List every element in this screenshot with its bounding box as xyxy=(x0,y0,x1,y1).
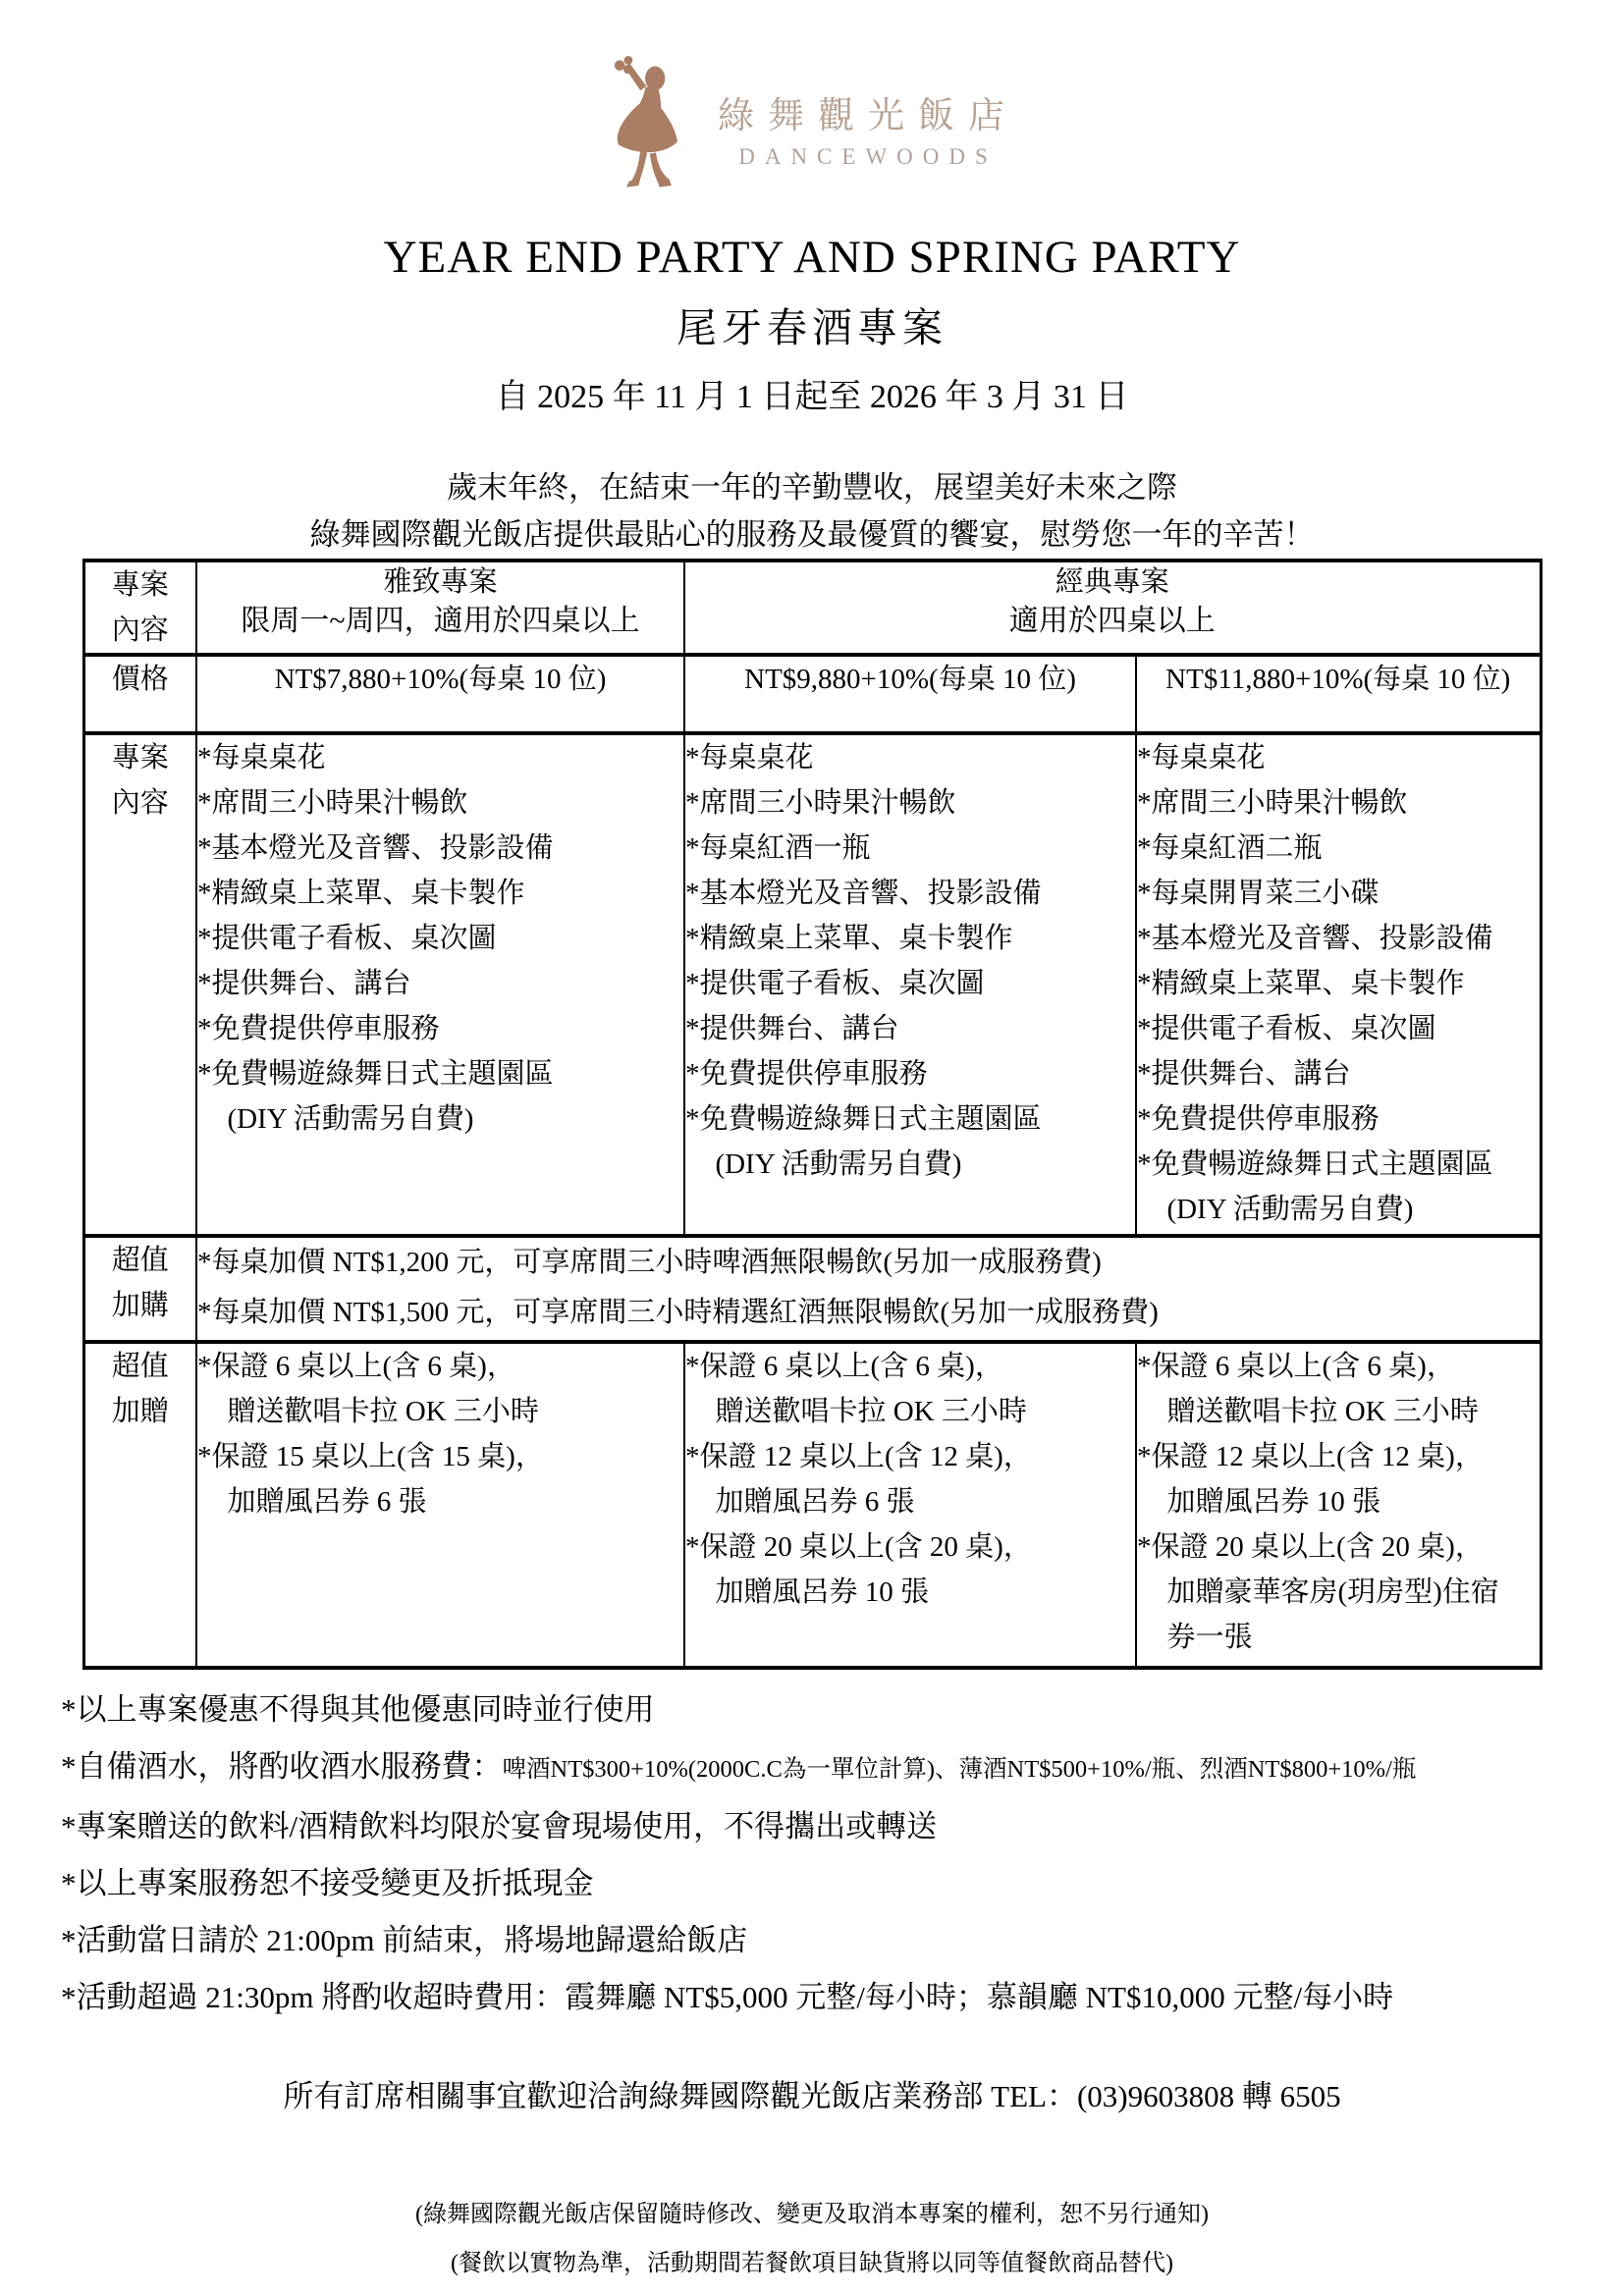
list-line: *提供舞台、講台 xyxy=(685,1006,1135,1051)
hotel-name-en: DANCEWOODS xyxy=(738,144,998,170)
note-text: *活動超過 21:30pm 將酌收超時費用：霞舞廳 NT$5,000 元整/每小… xyxy=(61,1980,1393,2014)
dancer-icon xyxy=(606,54,692,201)
hotel-name-zh: 綠舞觀光飯店 xyxy=(718,85,1018,138)
page-title-en: YEAR END PARTY AND SPRING PARTY xyxy=(0,231,1624,284)
note-text: *自備酒水，將酌收酒水服務費： xyxy=(61,1749,503,1784)
intro-paragraph: 歲末年終，在結束一年的辛勤豐收，展望美好未來之際 綠舞國際觀光飯店提供最貼心的服… xyxy=(0,464,1624,559)
list-line: *基本燈光及音響、投影設備 xyxy=(197,826,683,871)
list-line: (DIY 活動需另自費) xyxy=(685,1142,1135,1187)
list-line: *提供舞台、講台 xyxy=(197,961,683,1006)
list-line: *免費暢遊綠舞日式主題園區 xyxy=(1137,1142,1540,1187)
list-line: *保證 6 桌以上(含 6 桌)， xyxy=(685,1344,1135,1389)
row-label-bonus: 超值 加贈 xyxy=(83,1342,196,1668)
note-line: *以上專案優惠不得與其他優惠同時並行使用 xyxy=(61,1693,1624,1727)
note-small-text: 啤酒NT$300+10%(2000C.C為一單位計算)、薄酒NT$500+10%… xyxy=(503,1756,1417,1783)
list-line: 贈送歡唱卡拉 OK 三小時 xyxy=(685,1389,1135,1434)
list-line: *席間三小時果汁暢飲 xyxy=(685,780,1135,826)
list-line: *免費暢遊綠舞日式主題園區 xyxy=(197,1051,683,1096)
row-label-line: 超值 xyxy=(85,1238,196,1283)
list-line: *每桌紅酒一瓶 xyxy=(685,826,1135,871)
list-line: 贈送歡唱卡拉 OK 三小時 xyxy=(1137,1389,1540,1434)
intro-line-2: 綠舞國際觀光飯店提供最貼心的服務及最優質的饗宴，慰勞您一年的辛苦！ xyxy=(0,511,1624,559)
row-label-price: 價格 xyxy=(83,655,196,733)
row-label-line: 加贈 xyxy=(85,1389,196,1434)
addon-option-beer: *每桌加價 NT$1,200 元，可享席間三小時啤酒無限暢飲(另加一成服務費) xyxy=(197,1238,1540,1288)
hotel-logo: 綠舞觀光飯店 DANCEWOODS xyxy=(0,54,1624,201)
bonus-list-classic-a: *保證 6 桌以上(含 6 桌)，贈送歡唱卡拉 OK 三小時*保證 12 桌以上… xyxy=(684,1342,1136,1668)
list-line: 贈送歡唱卡拉 OK 三小時 xyxy=(197,1389,683,1434)
plan-subtitle: 限周一~周四，適用於四桌以上 xyxy=(197,602,683,641)
disclaimer-line-1: (綠舞國際觀光飯店保留隨時修改、變更及取消本專案的權利，恕不另行通知) xyxy=(0,2190,1624,2239)
list-line: *提供舞台、講台 xyxy=(1137,1051,1540,1096)
note-text: *以上專案優惠不得與其他優惠同時並行使用 xyxy=(61,1692,655,1727)
content-list-classic-a: *每桌桌花*席間三小時果汁暢飲*每桌紅酒一瓶*基本燈光及音響、投影設備*精緻桌上… xyxy=(684,733,1136,1236)
bonus-list-elegant: *保證 6 桌以上(含 6 桌)，贈送歡唱卡拉 OK 三小時*保證 15 桌以上… xyxy=(196,1342,684,1668)
list-line: *基本燈光及音響、投影設備 xyxy=(685,871,1135,916)
list-line: *提供電子看板、桌次圖 xyxy=(197,916,683,961)
content-row: 專案 內容 *每桌桌花*席間三小時果汁暢飲*基本燈光及音響、投影設備*精緻桌上菜… xyxy=(83,733,1541,1236)
plan-header-elegant: 雅致專案 限周一~周四，適用於四桌以上 xyxy=(196,561,684,655)
list-line: *保證 12 桌以上(含 12 桌)， xyxy=(1137,1434,1540,1479)
plan-name: 雅致專案 xyxy=(197,562,683,602)
package-table: 專案 內容 雅致專案 限周一~周四，適用於四桌以上 經典專案 適用於四桌以上 價… xyxy=(82,559,1543,1670)
list-line: *每桌開胃菜三小碟 xyxy=(1137,871,1540,916)
row-label-line: 內容 xyxy=(85,608,196,653)
row-label-plan-content: 專案 內容 xyxy=(83,561,196,655)
list-line: *免費提供停車服務 xyxy=(1137,1096,1540,1142)
row-label-content: 專案 內容 xyxy=(83,733,196,1236)
row-label-line: 內容 xyxy=(85,780,196,826)
note-text: *以上專案服務恕不接受變更及折抵現金 xyxy=(61,1866,594,1900)
list-line: 加贈風呂券 6 張 xyxy=(197,1479,683,1524)
row-label-line: 專案 xyxy=(85,562,196,608)
price-classic-a: NT$9,880+10%(每桌 10 位) xyxy=(684,655,1136,733)
addon-options: *每桌加價 NT$1,200 元，可享席間三小時啤酒無限暢飲(另加一成服務費) … xyxy=(196,1236,1541,1342)
note-line: *專案贈送的飲料/酒精飲料均限於宴會現場使用，不得攜出或轉送 xyxy=(61,1810,1624,1843)
content-list-classic-b: *每桌桌花*席間三小時果汁暢飲*每桌紅酒二瓶*每桌開胃菜三小碟*基本燈光及音響、… xyxy=(1136,733,1541,1236)
bonus-list-classic-b: *保證 6 桌以上(含 6 桌)，贈送歡唱卡拉 OK 三小時*保證 12 桌以上… xyxy=(1136,1342,1541,1668)
list-line: *基本燈光及音響、投影設備 xyxy=(1137,916,1540,961)
content-list-elegant: *每桌桌花*席間三小時果汁暢飲*基本燈光及音響、投影設備*精緻桌上菜單、桌卡製作… xyxy=(196,733,684,1236)
list-line: *精緻桌上菜單、桌卡製作 xyxy=(1137,961,1540,1006)
list-line: (DIY 活動需另自費) xyxy=(1137,1187,1540,1232)
note-line: *活動當日請於 21:00pm 前結束，將場地歸還給飯店 xyxy=(61,1924,1624,1957)
list-line: *提供電子看板、桌次圖 xyxy=(1137,1006,1540,1051)
list-line: *保證 15 桌以上(含 15 桌)， xyxy=(197,1434,683,1479)
list-line: *免費提供停車服務 xyxy=(685,1051,1135,1096)
list-line: *席間三小時果汁暢飲 xyxy=(197,780,683,826)
list-line: *席間三小時果汁暢飲 xyxy=(1137,780,1540,826)
addon-row: 超值 加購 *每桌加價 NT$1,200 元，可享席間三小時啤酒無限暢飲(另加一… xyxy=(83,1236,1541,1342)
price-row: 價格 NT$7,880+10%(每桌 10 位) NT$9,880+10%(每桌… xyxy=(83,655,1541,733)
list-line: *每桌紅酒二瓶 xyxy=(1137,826,1540,871)
logo-text-block: 綠舞觀光飯店 DANCEWOODS xyxy=(718,85,1018,170)
row-label-line: 專案 xyxy=(85,735,196,780)
contact-line: 所有訂席相關事宜歡迎洽詢綠舞國際觀光飯店業務部 TEL：(03)9603808 … xyxy=(0,2071,1624,2115)
list-line: *保證 12 桌以上(含 12 桌)， xyxy=(685,1434,1135,1479)
footnotes: *以上專案優惠不得與其他優惠同時並行使用*自備酒水，將酌收酒水服務費：啤酒NT$… xyxy=(61,1693,1624,2014)
list-line: 加贈風呂券 10 張 xyxy=(1137,1479,1540,1524)
list-line: 加贈風呂券 10 張 xyxy=(685,1570,1135,1615)
note-line: *以上專案服務恕不接受變更及折抵現金 xyxy=(61,1867,1624,1900)
list-line: (DIY 活動需另自費) xyxy=(197,1096,683,1142)
list-line: *精緻桌上菜單、桌卡製作 xyxy=(197,871,683,916)
promo-date-range: 自 2025 年 11 月 1 日起至 2026 年 3 月 31 日 xyxy=(0,369,1624,417)
plan-subtitle: 適用於四桌以上 xyxy=(685,602,1540,641)
addon-option-wine: *每桌加價 NT$1,500 元，可享席間三小時精選紅酒無限暢飲(另加一成服務費… xyxy=(197,1288,1540,1338)
list-line: *每桌桌花 xyxy=(685,735,1135,780)
list-line: 券一張 xyxy=(1137,1615,1540,1660)
list-line: *免費提供停車服務 xyxy=(197,1006,683,1051)
list-line: 加贈豪華客房(玥房型)住宿 xyxy=(1137,1570,1540,1615)
page-title-zh: 尾牙春酒專案 xyxy=(0,295,1624,353)
price-elegant: NT$7,880+10%(每桌 10 位) xyxy=(196,655,684,733)
row-label-line: 加購 xyxy=(85,1283,196,1328)
intro-line-1: 歲末年終，在結束一年的辛勤豐收，展望美好未來之際 xyxy=(0,464,1624,511)
list-line: *提供電子看板、桌次圖 xyxy=(685,961,1135,1006)
list-line: *精緻桌上菜單、桌卡製作 xyxy=(685,916,1135,961)
row-label-addon: 超值 加購 xyxy=(83,1236,196,1342)
note-text: *活動當日請於 21:00pm 前結束，將場地歸還給飯店 xyxy=(61,1923,747,1957)
list-line: *每桌桌花 xyxy=(197,735,683,780)
disclaimers: (綠舞國際觀光飯店保留隨時修改、變更及取消本專案的權利，恕不另行通知) (餐飲以… xyxy=(0,2190,1624,2288)
list-line: *免費暢遊綠舞日式主題園區 xyxy=(685,1096,1135,1142)
list-line: 加贈風呂券 6 張 xyxy=(685,1479,1135,1524)
list-line: *保證 6 桌以上(含 6 桌)， xyxy=(197,1344,683,1389)
list-line: *保證 20 桌以上(含 20 桌)， xyxy=(1137,1524,1540,1570)
plan-header-classic: 經典專案 適用於四桌以上 xyxy=(684,561,1541,655)
table-header-row: 專案 內容 雅致專案 限周一~周四，適用於四桌以上 經典專案 適用於四桌以上 xyxy=(83,561,1541,655)
row-label-line: 超值 xyxy=(85,1344,196,1389)
dancer-silhouette xyxy=(615,56,677,187)
flyer-page: 綠舞觀光飯店 DANCEWOODS YEAR END PARTY AND SPR… xyxy=(0,0,1624,2296)
note-line: *自備酒水，將酌收酒水服務費：啤酒NT$300+10%(2000C.C為一單位計… xyxy=(61,1750,1624,1787)
disclaimer-line-2: (餐飲以實物為準，活動期間若餐飲項目缺貨將以同等值餐飲商品替代) xyxy=(0,2239,1624,2288)
list-line: *保證 20 桌以上(含 20 桌)， xyxy=(685,1524,1135,1570)
note-text: *專案贈送的飲料/酒精飲料均限於宴會現場使用，不得攜出或轉送 xyxy=(61,1809,937,1843)
list-line: *每桌桌花 xyxy=(1137,735,1540,780)
bonus-row: 超值 加贈 *保證 6 桌以上(含 6 桌)，贈送歡唱卡拉 OK 三小時*保證 … xyxy=(83,1342,1541,1668)
price-classic-b: NT$11,880+10%(每桌 10 位) xyxy=(1136,655,1541,733)
note-line: *活動超過 21:30pm 將酌收超時費用：霞舞廳 NT$5,000 元整/每小… xyxy=(61,1981,1624,2014)
plan-name: 經典專案 xyxy=(685,562,1540,602)
list-line: *保證 6 桌以上(含 6 桌)， xyxy=(1137,1344,1540,1389)
